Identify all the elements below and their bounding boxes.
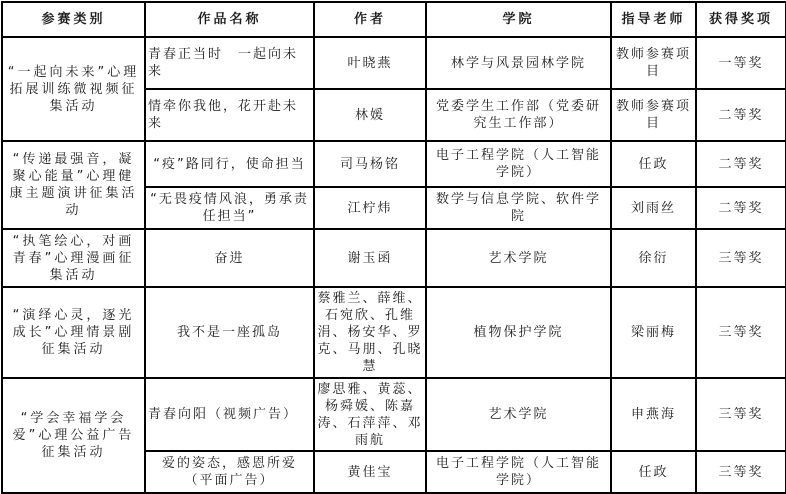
college-cell: 植物保护学院 (426, 287, 611, 378)
college-cell: 电子工程学院（人工智能学院） (426, 451, 611, 493)
award-cell: 三等奖 (696, 378, 786, 451)
advisor-cell: 任政 (611, 141, 696, 187)
award-table-sheet: 参赛类别 作品名称 作者 学院 指导老师 获得奖项 “一起向未来”心理拓展训练微… (1, 1, 785, 493)
work-cell: “疫”路同行，使命担当 (145, 141, 314, 187)
award-cell: 一等奖 (696, 37, 786, 89)
college-cell: 电子工程学院（人工智能学院） (426, 141, 611, 187)
author-cell: 林媛 (314, 89, 426, 141)
category-cell: “一起向未来”心理拓展训练微视频征集活动 (2, 37, 145, 141)
award-cell: 三等奖 (696, 287, 786, 378)
table-row: “演绎心灵，逐光成长”心理情景剧征集活动 我不是一座孤岛 蔡雅兰、薛维、石宛欣、… (2, 287, 786, 378)
work-cell: 情牵你我他，花开赴未来 (145, 89, 314, 141)
header-category: 参赛类别 (2, 2, 145, 37)
work-cell: 奋进 (145, 229, 314, 287)
author-cell: 黄佳宝 (314, 451, 426, 493)
author-cell: 蔡雅兰、薛维、石宛欣、孔维涓、杨安华、罗克、马朋、孔晓慧 (314, 287, 426, 378)
award-cell: 三等奖 (696, 451, 786, 493)
college-cell: 数学与信息学院、软件学院 (426, 187, 611, 229)
author-cell: 叶晓燕 (314, 37, 426, 89)
advisor-cell: 任政 (611, 451, 696, 493)
advisor-cell: 徐衍 (611, 229, 696, 287)
college-cell: 艺术学院 (426, 378, 611, 451)
category-cell: “传递最强音，凝聚心能量”心理健康主题演讲征集活动 (2, 141, 145, 229)
header-author: 作者 (314, 2, 426, 37)
author-cell: 江柠炜 (314, 187, 426, 229)
award-cell: 二等奖 (696, 141, 786, 187)
work-cell: 爱的姿态，感恩所爱（平面广告） (145, 451, 314, 493)
college-cell: 艺术学院 (426, 229, 611, 287)
work-cell: 青春向阳（视频广告） (145, 378, 314, 451)
header-work: 作品名称 (145, 2, 314, 37)
header-advisor: 指导老师 (611, 2, 696, 37)
award-cell: 二等奖 (696, 187, 786, 229)
author-cell: 廖思雅、黄蕊、杨舜媛、陈嘉涛、石萍萍、邓雨航 (314, 378, 426, 451)
advisor-cell: 教师参赛项目 (611, 89, 696, 141)
category-cell: “学会幸福学会爱”心理公益广告征集活动 (2, 378, 145, 493)
work-cell: 我不是一座孤岛 (145, 287, 314, 378)
college-cell: 林学与风景园林学院 (426, 37, 611, 89)
author-cell: 司马杨铭 (314, 141, 426, 187)
header-award: 获得奖项 (696, 2, 786, 37)
header-college: 学院 (426, 2, 611, 37)
advisor-cell: 梁丽梅 (611, 287, 696, 378)
college-cell: 党委学生工作部（党委研究生工作部） (426, 89, 611, 141)
author-cell: 谢玉函 (314, 229, 426, 287)
advisor-cell: 申燕海 (611, 378, 696, 451)
advisor-cell: 刘雨丝 (611, 187, 696, 229)
category-cell: “演绎心灵，逐光成长”心理情景剧征集活动 (2, 287, 145, 378)
table-row: “执笔绘心，对画青春”心理漫画征集活动 奋进 谢玉函 艺术学院 徐衍 三等奖 (2, 229, 786, 287)
award-cell: 二等奖 (696, 89, 786, 141)
table-row: “传递最强音，凝聚心能量”心理健康主题演讲征集活动 “疫”路同行，使命担当 司马… (2, 141, 786, 187)
award-table: 参赛类别 作品名称 作者 学院 指导老师 获得奖项 “一起向未来”心理拓展训练微… (1, 1, 786, 494)
award-cell: 三等奖 (696, 229, 786, 287)
advisor-cell: 教师参赛项目 (611, 37, 696, 89)
work-cell: 青春正当时 一起向未来 (145, 37, 314, 89)
table-row: “一起向未来”心理拓展训练微视频征集活动 青春正当时 一起向未来 叶晓燕 林学与… (2, 37, 786, 89)
work-cell: “无畏疫情风浪，勇承责任担当” (145, 187, 314, 229)
table-row: “学会幸福学会爱”心理公益广告征集活动 青春向阳（视频广告） 廖思雅、黄蕊、杨舜… (2, 378, 786, 451)
category-cell: “执笔绘心，对画青春”心理漫画征集活动 (2, 229, 145, 287)
header-row: 参赛类别 作品名称 作者 学院 指导老师 获得奖项 (2, 2, 786, 37)
